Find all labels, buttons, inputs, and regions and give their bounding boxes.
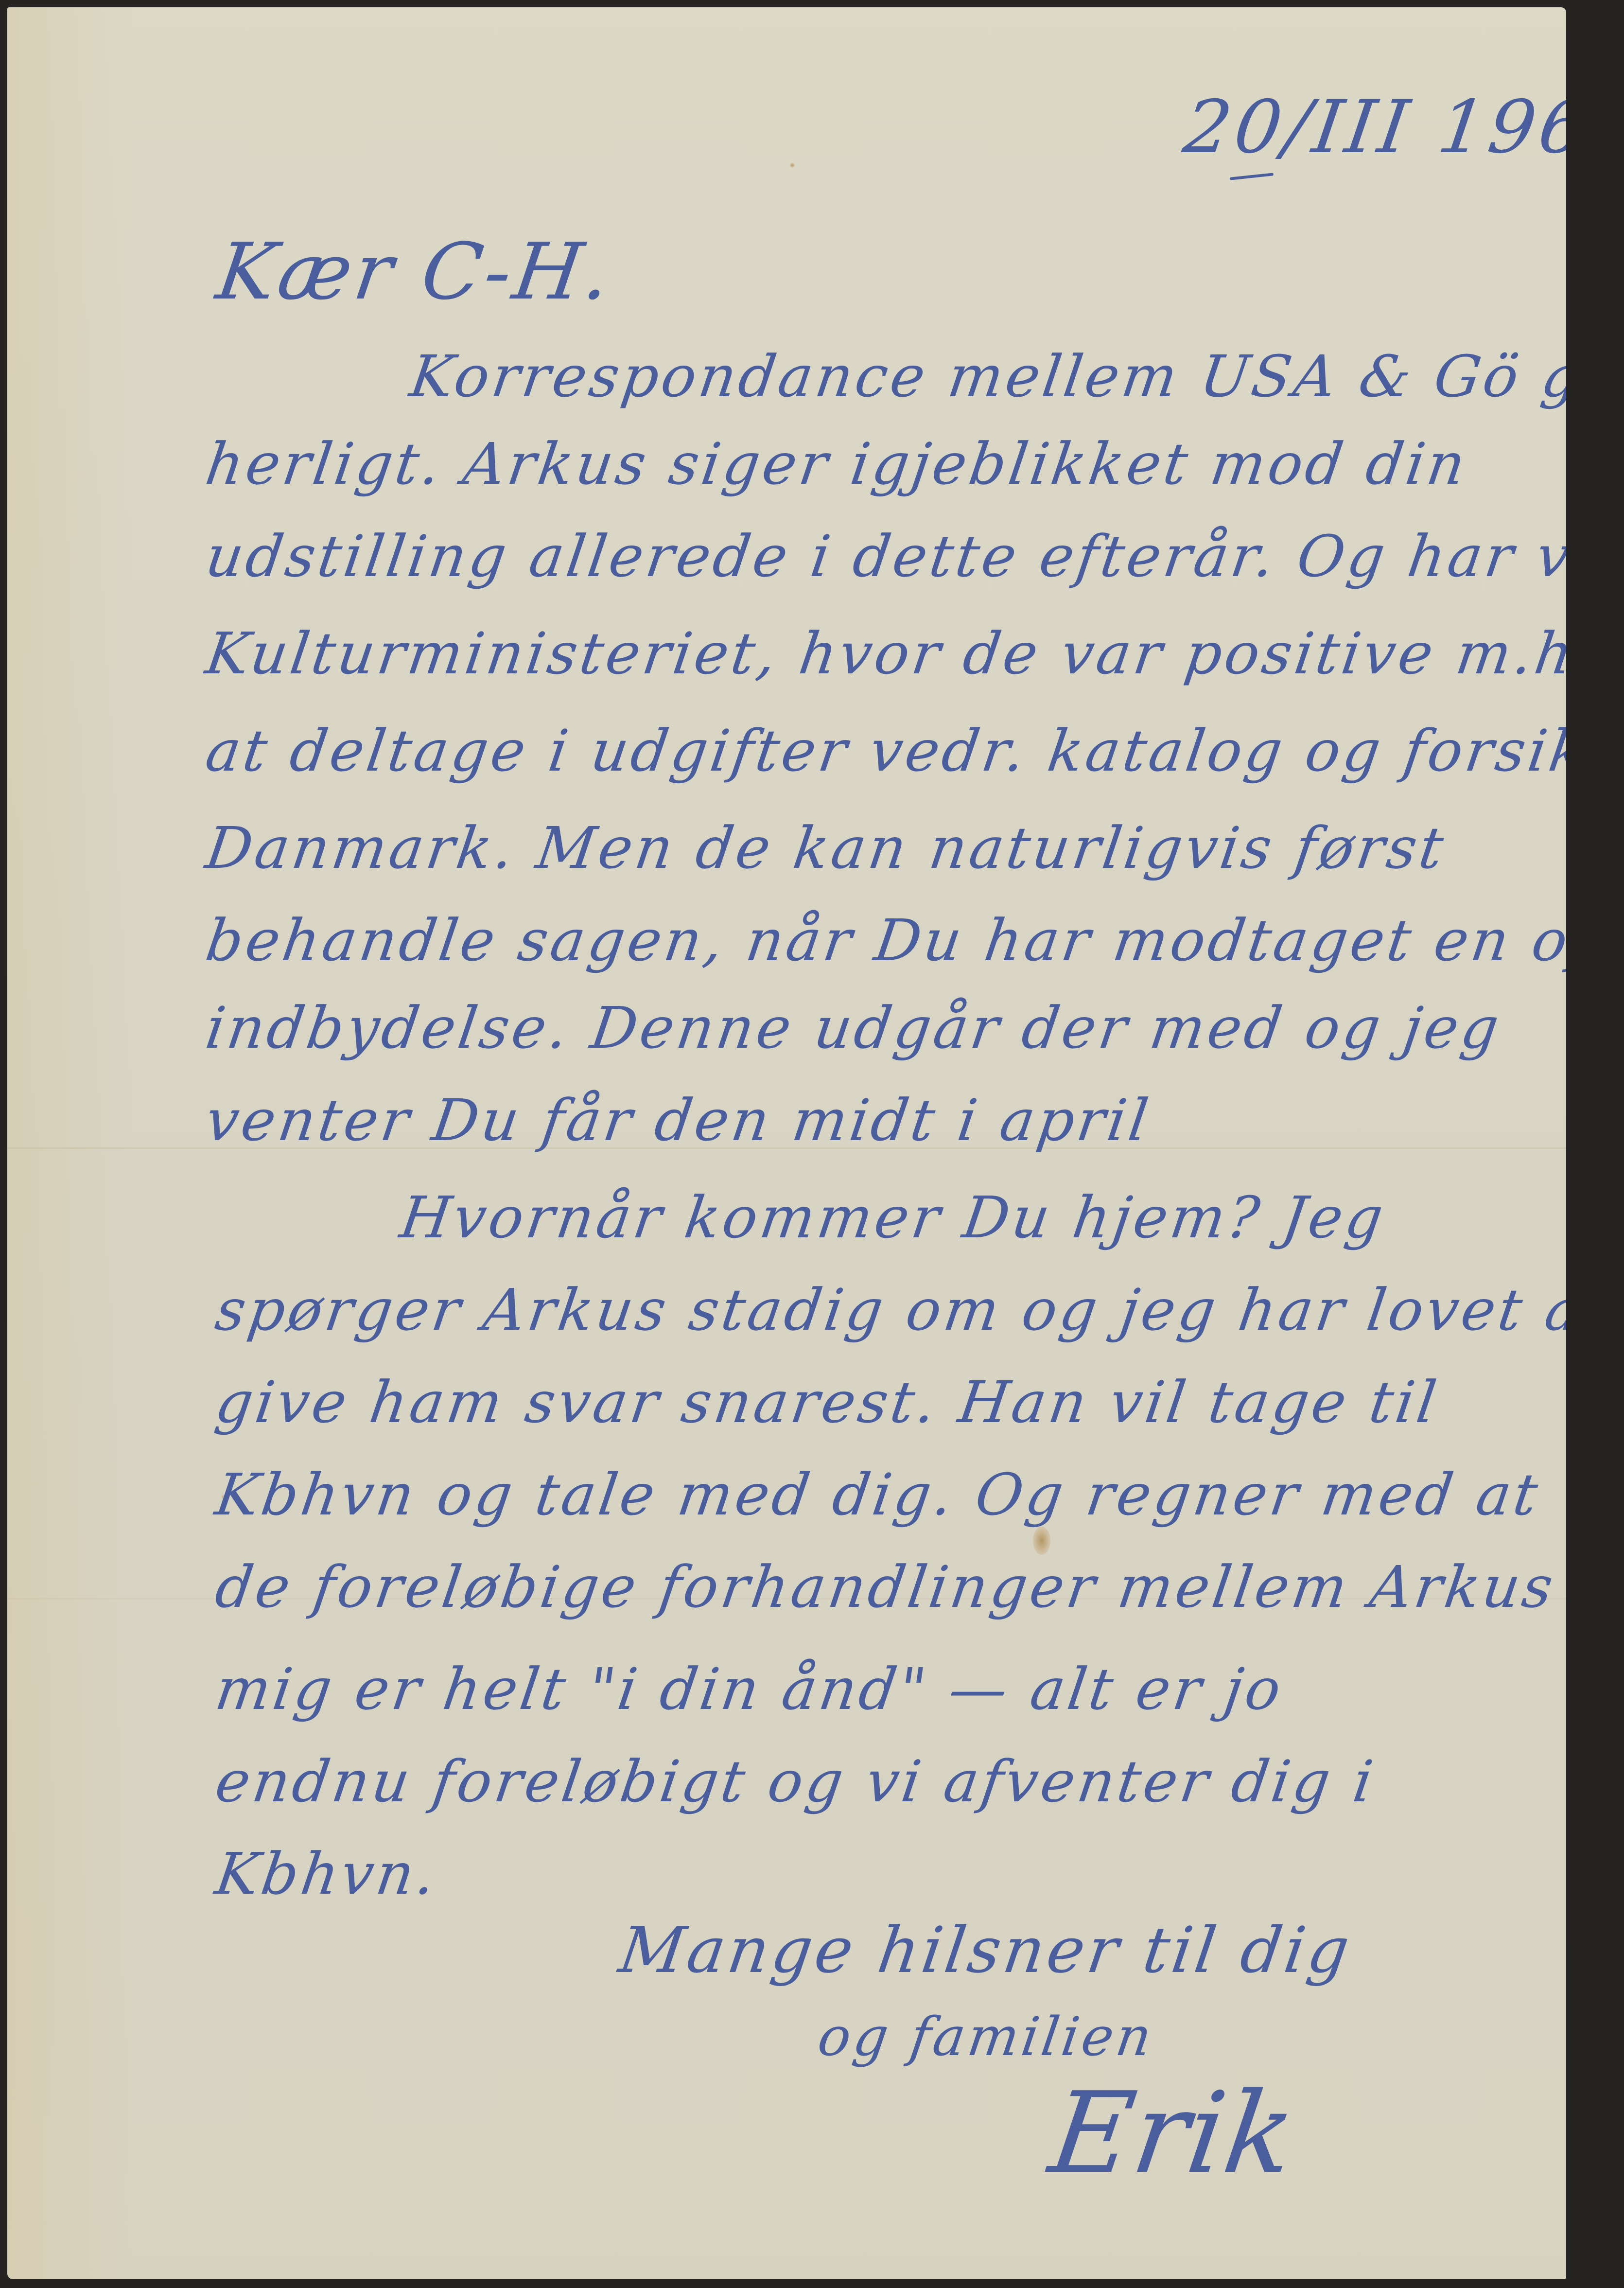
letter-closing-line: Mange hilsner til dig: [615, 1913, 1357, 1987]
letter-paper: 20/III 1968 Kær C-H. Korrespondance mell…: [7, 7, 1566, 2279]
stain-spot: [790, 163, 795, 168]
letter-date: 20/III 1968: [1179, 85, 1566, 170]
letter-line: give ham svar snarest. Han vil tage til: [211, 1369, 1443, 1436]
letter-salutation: Kær C-H.: [211, 226, 619, 317]
letter-line: herligt. Arkus siger igjeblikket mod din: [202, 430, 1472, 497]
letter-line: endnu foreløbigt og vi afventer dig i: [211, 1748, 1380, 1815]
letter-line: indbydelse. Denne udgår der med og jeg: [202, 994, 1506, 1061]
letter-line: Korrespondance mellem USA & Gö går: [406, 343, 1566, 410]
letter-line: venter Du får den midt i april: [202, 1087, 1155, 1154]
document-scan: 20/III 1968 Kær C-H. Korrespondance mell…: [0, 0, 1624, 2288]
letter-line: udstilling allerede i dette efterår. Og …: [202, 523, 1566, 590]
letter-line: Kulturministeriet, hvor de var positive …: [202, 620, 1566, 687]
date-underline: [1230, 173, 1274, 180]
letter-line: spørger Arkus stadig om og jeg har lovet…: [211, 1276, 1566, 1343]
letter-line: Kbhvn.: [211, 1840, 442, 1907]
letter-line: Hvornår kommer Du hjem? Jeg: [396, 1184, 1390, 1251]
stain-spot: [1033, 1527, 1050, 1555]
letter-line: behandle sagen, når Du har modtaget en o…: [202, 907, 1566, 974]
letter-line: de foreløbige forhandlinger mellem Arkus…: [211, 1553, 1566, 1620]
letter-line: at deltage i udgifter vedr. katalog og f…: [202, 717, 1566, 784]
letter-line: Danmark. Men de kan naturligvis først: [202, 814, 1450, 881]
letter-signature: Erik: [1043, 2069, 1303, 2199]
letter-line: Kbhvn og tale med dig. Og regner med at: [211, 1461, 1545, 1528]
letter-closing-line: og familien: [814, 2006, 1158, 2068]
letter-line: mig er helt "i din ånd" — alt er jo: [211, 1655, 1288, 1723]
